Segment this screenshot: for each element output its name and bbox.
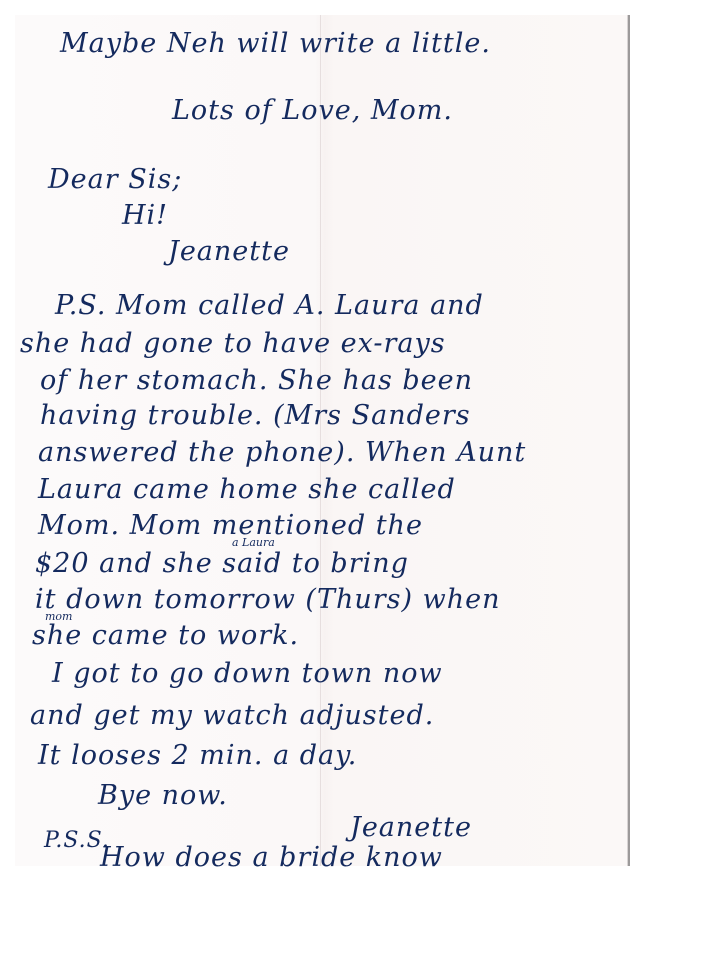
letter-line: Bye now. — [98, 780, 228, 811]
letter-line: it down tomorrow (Thurs) when — [35, 584, 500, 615]
salutation: Dear Sis; — [48, 164, 182, 195]
signature: Jeanette — [168, 236, 290, 267]
letter-line: $20 and she said to bring — [35, 548, 409, 579]
letter-line: P.S. Mom called A. Laura and — [55, 290, 484, 321]
letter-line: having trouble. (Mrs Sanders — [40, 400, 471, 431]
letter-line: she had gone to have ex-rays — [20, 328, 446, 359]
letter-line: I got to go down town now — [52, 658, 443, 689]
letter-line: It looses 2 min. a day. — [38, 740, 357, 771]
letter-line: of her stomach. She has been — [40, 365, 473, 396]
letter-line: How does a bride know — [100, 842, 443, 873]
letter-line: and get my watch adjusted. — [30, 700, 434, 731]
signature: Jeanette — [350, 812, 472, 843]
letter-line: Hi! — [122, 200, 168, 231]
closing: Lots of Love, Mom. — [172, 95, 453, 126]
letter-line: Laura came home she called — [38, 474, 456, 505]
letter-line: answered the phone). When Aunt — [38, 437, 526, 468]
letter-line: she came to work. — [32, 620, 299, 651]
letter-line: Mom. Mom mentioned the — [38, 510, 423, 541]
letter-line: Maybe Neh will write a little. — [60, 28, 491, 59]
